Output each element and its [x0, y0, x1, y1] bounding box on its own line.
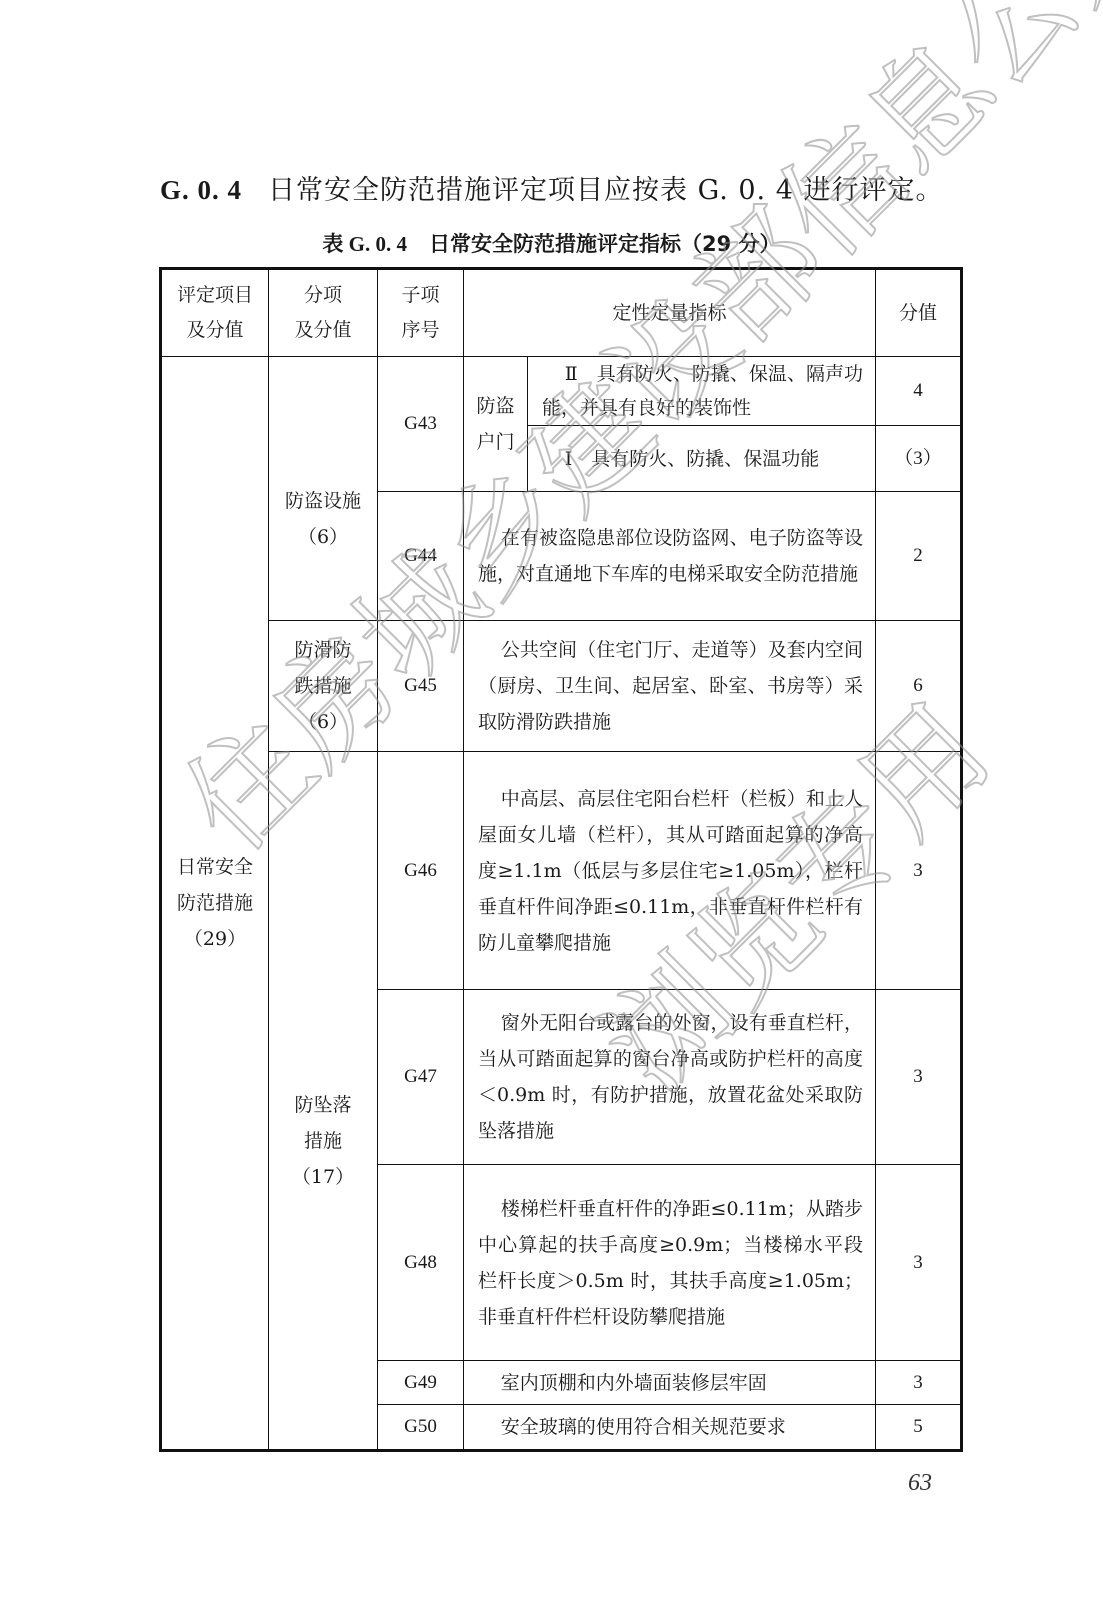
table-row: 防坠落措施（17） G46 中高层、高层住宅阳台栏杆（栏板）和上人屋面女儿墙（栏…	[161, 752, 962, 990]
code-cell: G45	[378, 621, 464, 752]
header-indicator: 定性定量指标	[464, 269, 876, 357]
indicator-text: 室内顶棚和内外墙面装修层牢固	[464, 1361, 876, 1405]
indicator-text: Ⅰ 具有防火、防撬、保温功能	[528, 426, 876, 492]
indicator-text: 在有被盗隐患部位设防盗网、电子防盗等设施，对直通地下车库的电梯采取安全防范措施	[464, 492, 876, 621]
table-row: 日常安全防范措施（29） 防盗设施（6） G43 防盗户门 Ⅱ 具有防火、防撬、…	[161, 357, 962, 426]
code-cell: G47	[378, 990, 464, 1165]
category-cell: 日常安全防范措施（29）	[161, 357, 269, 1451]
table-number: 表 G. 0. 4	[322, 232, 407, 256]
score-cell: 6	[876, 621, 962, 752]
code-cell: G48	[378, 1165, 464, 1361]
clause-number: G. 0. 4	[160, 175, 242, 205]
page-number: 63	[908, 1470, 932, 1497]
code-cell: G46	[378, 752, 464, 990]
code-cell: G49	[378, 1361, 464, 1405]
code-cell: G43	[378, 357, 464, 492]
indicator-text: 窗外无阳台或露台的外窗，设有垂直栏杆，当从可踏面起算的窗台净高或防护栏杆的高度＜…	[464, 990, 876, 1165]
sub-label-cell: 防盗户门	[464, 357, 528, 492]
code-cell: G44	[378, 492, 464, 621]
indicator-text: Ⅱ 具有防火、防撬、保温、隔声功能，并具有良好的装饰性	[528, 357, 876, 426]
score-cell: 5	[876, 1405, 962, 1451]
header-score: 分值	[876, 269, 962, 357]
indicator-text: 楼梯栏杆垂直杆件的净距≤0.11m；从踏步中心算起的扶手高度≥0.9m；当楼梯水…	[464, 1165, 876, 1361]
header-subitem: 分项及分值	[269, 269, 378, 357]
score-cell: 2	[876, 492, 962, 621]
indicator-text: 公共空间（住宅门厅、走道等）及套内空间（厨房、卫生间、起居室、卧室、书房等）采取…	[464, 621, 876, 752]
group-cell-anti-theft: 防盗设施（6）	[269, 357, 378, 621]
indicator-text: 安全玻璃的使用符合相关规范要求	[464, 1405, 876, 1451]
table-header-row: 评定项目及分值 分项及分值 子项序号 定性定量指标 分值	[161, 269, 962, 357]
header-code: 子项序号	[378, 269, 464, 357]
score-cell: 4	[876, 357, 962, 426]
clause-heading: G. 0. 4日常安全防范措施评定项目应按表 G. 0. 4 进行评定。	[160, 168, 943, 207]
group-cell-anti-fall: 防坠落措施（17）	[269, 752, 378, 1451]
code-cell: G50	[378, 1405, 464, 1451]
table-title: 日常安全防范措施评定指标（29 分）	[429, 232, 781, 256]
score-cell: 3	[876, 1165, 962, 1361]
header-item: 评定项目及分值	[161, 269, 269, 357]
score-cell: 3	[876, 752, 962, 990]
indicator-text: 中高层、高层住宅阳台栏杆（栏板）和上人屋面女儿墙（栏杆），其从可踏面起算的净高度…	[464, 752, 876, 990]
evaluation-table: 评定项目及分值 分项及分值 子项序号 定性定量指标 分值 日常安全防范措施（29…	[159, 267, 963, 1452]
clause-text: 日常安全防范措施评定项目应按表 G. 0. 4 进行评定。	[268, 175, 943, 206]
score-cell: 3	[876, 1361, 962, 1405]
score-cell: （3）	[876, 426, 962, 492]
table-row: 防滑防跌措施（6） G45 公共空间（住宅门厅、走道等）及套内空间（厨房、卫生间…	[161, 621, 962, 752]
table-caption: 表 G. 0. 4日常安全防范措施评定指标（29 分）	[0, 228, 1103, 258]
score-cell: 3	[876, 990, 962, 1165]
group-cell-anti-slip: 防滑防跌措施（6）	[269, 621, 378, 752]
